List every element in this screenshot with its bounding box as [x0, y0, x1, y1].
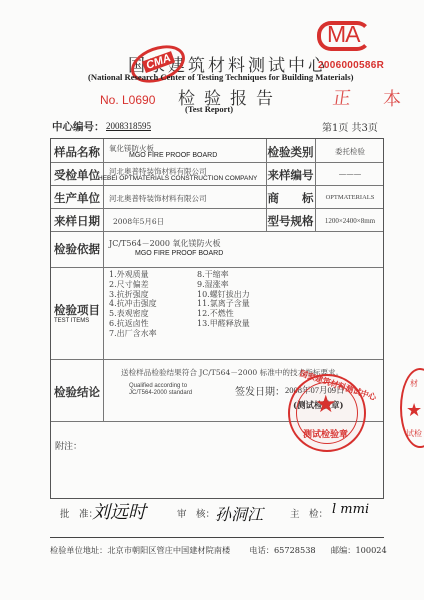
test-items-col2: 8.干缩率 9.湿涨率 10.螺钉拔出力 11.氯离子含量 12.不燃性 13.… — [197, 270, 250, 329]
sample-name-label: 样品名称 — [51, 144, 103, 160]
test-item: 6.抗返卤性 — [109, 319, 157, 329]
test-type-value: 委托检验 — [315, 146, 385, 157]
test-item: 3.抗折强度 — [109, 290, 157, 300]
sample-date-value: 2008年5月6日 — [113, 216, 164, 227]
test-items-col1: 1.外观质量 2.尺寸偏差 3.抗折强度 4.抗冲击强度 5.表观密度 6.抗返… — [109, 270, 157, 339]
manufacturer-value: 河北奥普特装饰材料有限公司 — [109, 193, 207, 204]
test-basis-en: MGO FIRE PROOF BOARD — [135, 250, 223, 257]
test-item: 7.出厂含水率 — [109, 329, 157, 339]
perforation-seal-text: 材 — [410, 378, 418, 389]
test-item: 13.甲醛释放量 — [197, 319, 250, 329]
manufacturer-label: 生产单位 — [51, 190, 103, 206]
test-item: 12.不燃性 — [197, 309, 250, 319]
test-item: 5.表观密度 — [109, 309, 157, 319]
ma-mark: MA — [327, 21, 360, 48]
model-spec-label: 型号规格 — [266, 213, 315, 229]
postcode: 100024 — [355, 545, 386, 555]
row-divider — [51, 359, 383, 360]
issue-date-label: 签发日期： — [235, 383, 285, 398]
conclusion-text-en: JC/T564-2000 standard — [129, 390, 192, 396]
star-icon: ★ — [406, 400, 422, 421]
model-spec-value: 1200×2400×8mm — [315, 217, 385, 225]
inspected-unit-en: HEBEI OPTMATERIALS CONSTRUCTION COMPANY — [98, 175, 257, 182]
remarks-label: 附注： — [55, 439, 82, 452]
test-type-label: 检验类别 — [266, 144, 315, 160]
address-label: 检验单位地址： — [50, 545, 107, 555]
sample-name-en: MGO FIRE PROOF BOARD — [129, 152, 217, 159]
serial-number: No. L0690 — [100, 93, 155, 107]
perforation-seal-text: 试检 — [406, 428, 422, 439]
test-basis-cn: JC/T564－2000 氧化镁防火板 — [109, 238, 221, 249]
test-item: 11.氯离子含量 — [197, 299, 250, 309]
test-item: 4.抗冲击强度 — [109, 299, 157, 309]
center-number-label: 中心编号： — [52, 119, 105, 134]
test-item: 10.螺钉拔出力 — [197, 290, 250, 300]
sample-no-value: ——— — [315, 169, 385, 178]
postcode-label: 邮编： — [331, 545, 356, 555]
footer-address: 检验单位地址：北京市朝阳区管庄中国建材院南楼 电话：65728538 邮编：10… — [50, 545, 387, 556]
original-copy-mark: 本 — [383, 85, 401, 111]
review-label: 审 核： — [177, 506, 215, 520]
page-info: 第1页 共3页 — [322, 119, 378, 134]
center-number: 2008318595 — [106, 121, 151, 131]
address: 北京市朝阳区管庄中国建材院南楼 — [107, 545, 230, 555]
trademark-value: OPTMATERIALS — [315, 194, 385, 201]
conclusion-label: 检验结论 — [51, 384, 103, 400]
trademark-label: 商 标 — [266, 190, 315, 206]
approve-signature: 刘远时 — [92, 498, 146, 524]
test-item: 8.干缩率 — [197, 270, 250, 280]
seal-bottom-text: 测试检验章 — [303, 427, 348, 440]
test-items-label-en: TEST ITEMS — [54, 318, 89, 324]
row-divider — [51, 208, 383, 209]
footer-divider — [50, 537, 384, 538]
row-divider — [51, 162, 383, 163]
test-items-label: 检验项目 — [51, 302, 103, 318]
star-icon: ★ — [315, 392, 337, 416]
original-copy-mark: 正 — [331, 84, 353, 110]
phone-label: 电话： — [249, 545, 274, 555]
row-divider — [51, 185, 383, 186]
phone: 65728538 — [274, 545, 316, 555]
row-divider — [51, 231, 383, 232]
inspector-label: 主 检： — [290, 506, 328, 520]
test-item: 1.外观质量 — [109, 270, 157, 280]
test-item: 2.尺寸偏差 — [109, 280, 157, 290]
inspector-signature: l mmi — [332, 502, 369, 517]
conclusion-text-en: Qualified according to — [129, 383, 187, 389]
row-divider — [51, 267, 383, 268]
sample-no-label: 来样编号 — [266, 167, 315, 183]
report-title-en: (Test Report) — [185, 104, 233, 114]
test-basis-label: 检验依据 — [51, 241, 103, 257]
center-title-en: (National Research Center of Testing Tec… — [88, 72, 353, 82]
inspected-unit-label: 受检单位 — [51, 167, 103, 183]
sample-date-label: 来样日期 — [51, 213, 103, 229]
review-signature: 孙洞江 — [215, 502, 263, 525]
test-item: 9.湿涨率 — [197, 280, 250, 290]
